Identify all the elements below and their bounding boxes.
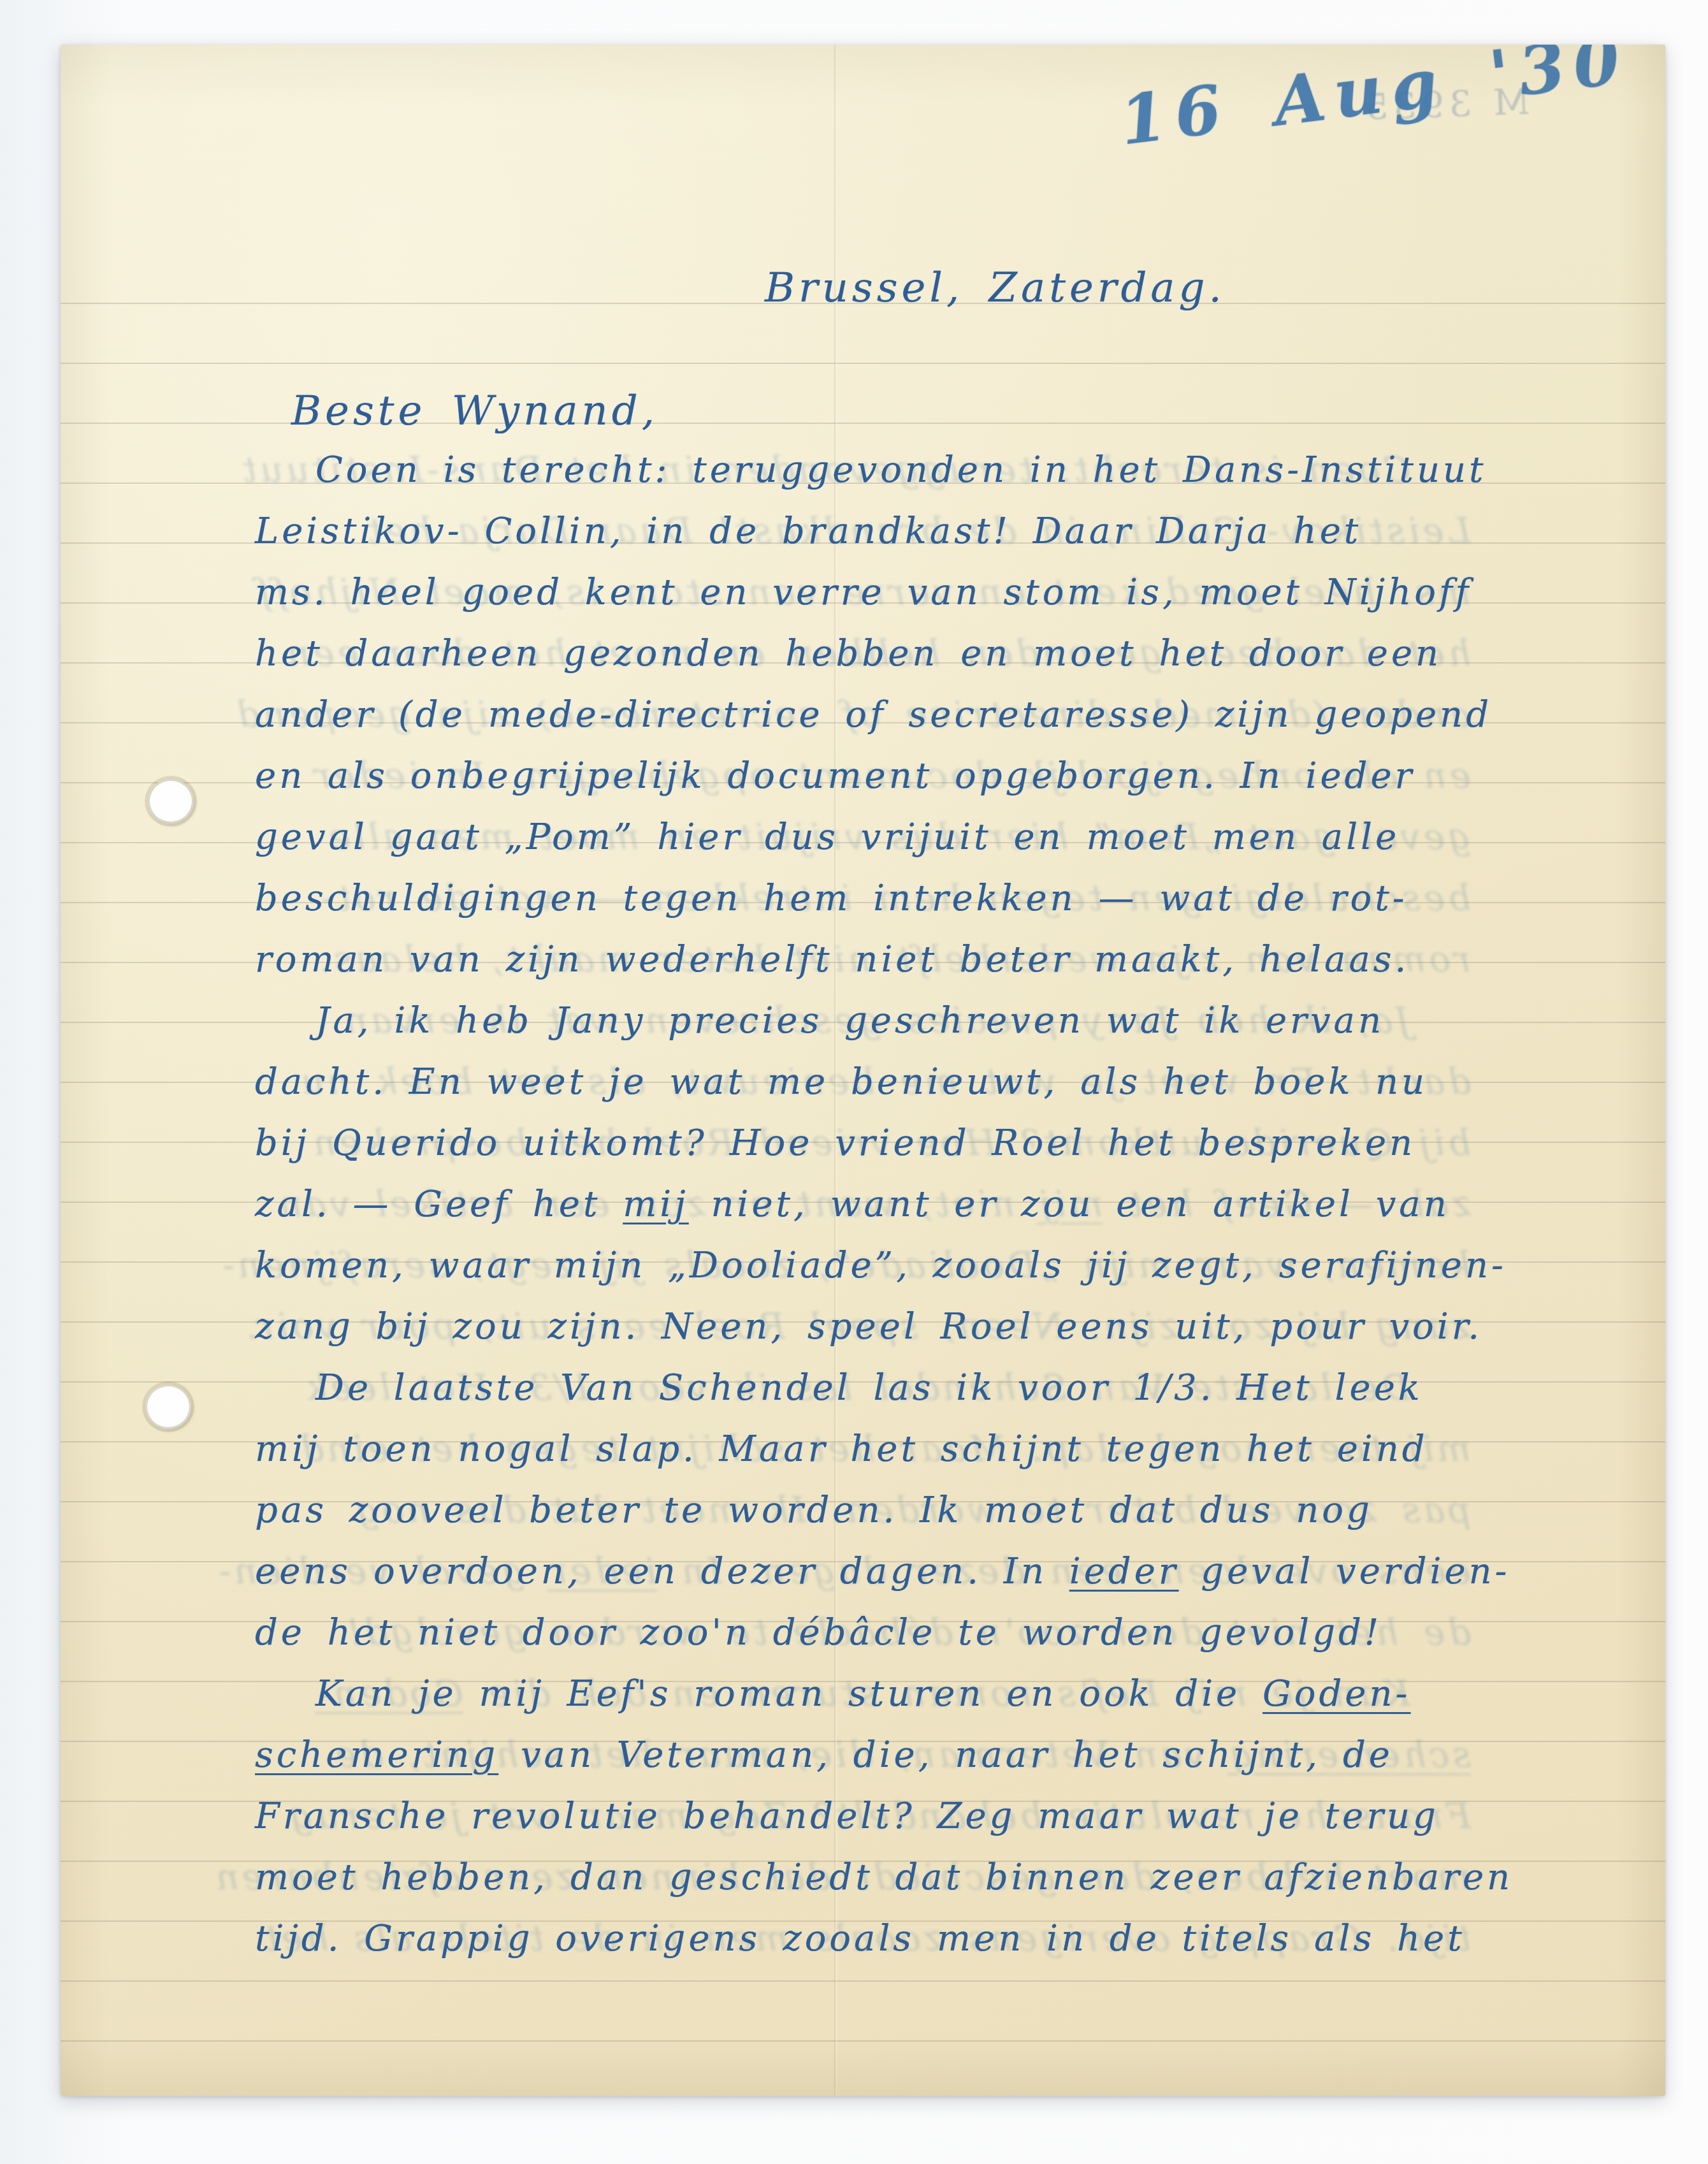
handwriting-line: zal. — Geef het mij niet, want er zou ee… [255,1174,1450,1235]
punch-hole-bottom [145,1384,191,1429]
handwriting-line: de het niet door zoo'n débâcle te worden… [255,1602,1382,1664]
handwriting-line: beschuldigingen tegen hem intrekken — wa… [255,868,1408,929]
handwriting-line: komen, waar mijn „Dooliade”, zooals jij … [255,1235,1507,1296]
letter-paper: Coen is terecht: teruggevonden in het Da… [61,45,1665,2096]
handwriting-line: geval gaat „Pom” hier dus vrijuit en moe… [255,807,1400,868]
handwriting-line: Kan je mij Eef's roman sturen en ook die… [315,1664,1410,1725]
handwriting-line: dacht. En weet je wat me benieuwt, als h… [255,1052,1428,1113]
handwriting-line: tijd. Grappig overigens zooals men in de… [255,1908,1465,1970]
punch-hole-top [148,779,194,824]
handwriting-line: eens overdoen, een dezer dagen. In ieder… [255,1541,1510,1602]
handwriting-line: Ja, ik heb Jany precies geschreven wat i… [315,991,1384,1052]
handwriting-line: zang bij zou zijn. Neen, speel Roel eens… [255,1296,1482,1358]
handwriting-line: roman van zijn wederhelft niet beter maa… [255,929,1409,991]
handwriting-line: Coen is terecht: teruggevonden in het Da… [315,440,1487,501]
handwriting-line: schemering van Veterman, die, naar het s… [255,1725,1393,1786]
handwriting-line: ms. heel goed kent en verre van stom is,… [255,562,1472,623]
handwriting-line: Fransche revolutie behandelt? Zeg maar w… [255,1786,1439,1847]
handwriting-line: Leistikov- Collin, in de brandkast! Daar… [255,501,1361,562]
handwriting-line: het daarheen gezonden hebben en moet het… [255,623,1442,685]
place-date-line: Brussel, Zaterdag. [765,265,1226,312]
handwriting-line: moet hebben, dan geschiedt dat binnen ze… [255,1847,1513,1908]
handwriting-line: ander (de mede-directrice of secretaress… [255,685,1492,746]
handwriting-line: De laatste Van Schendel las ik voor 1/3.… [315,1358,1423,1419]
date-inscription: 16 Aug '30 [1115,45,1633,160]
handwriting-line: bij Querido uitkomt? Hoe vriend Roel het… [255,1113,1415,1174]
salutation: Beste Wynand, [291,388,658,435]
handwriting-line: en als onbegrijpelijk document opgeborge… [255,746,1415,807]
handwriting-line: mij toen nogal slap. Maar het schijnt te… [255,1419,1428,1480]
handwriting-line: pas zooveel beter te worden. Ik moet dat… [255,1480,1373,1541]
scan-background: { "document": { "kind": "handwritten-let… [0,0,1708,2164]
